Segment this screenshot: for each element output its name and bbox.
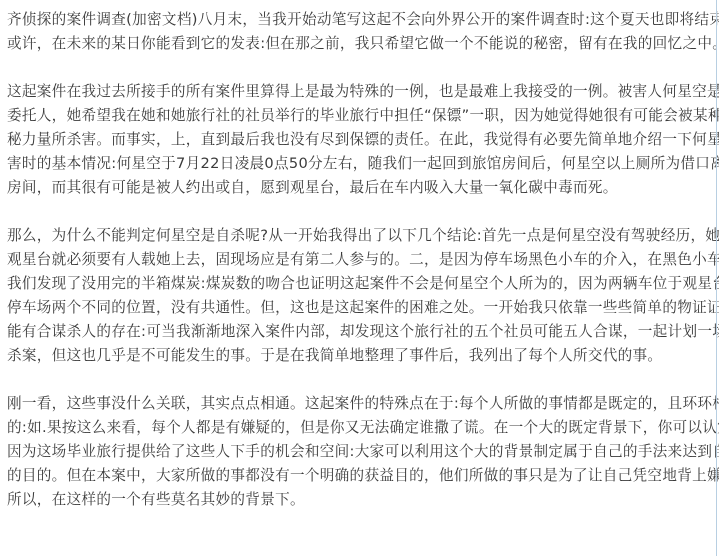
text-line: 房间，而其很有可能是被人约出或自，愿到观星台，最后在车内吸入大量一氧化碳中毒而死… bbox=[7, 176, 711, 200]
text-line: 杀案，但这也几乎是不可能发生的事。于是在我简单地整理了事件后，我列出了每个人所交… bbox=[7, 344, 711, 368]
paragraph-intro: 齐侦探的案件调查(加密文档)八月末，当我开始动笔写这起不会向外界公开的案件调查时… bbox=[7, 8, 711, 56]
text-line: 那么，为什么不能判定何星空是自杀呢?从一开始我得出了以下几个结论:首先一点是何星… bbox=[7, 224, 711, 248]
text-line: 停车场两个不同的位置，没有共通性。但，这也是这起案件的困难之处。一开始我只依靠一… bbox=[7, 296, 711, 320]
text-line: 所以，在这样的一个有些莫名其妙的背景下。 bbox=[7, 488, 711, 512]
text-line: 我们发现了没用完的半箱煤炭:煤炭数的吻合也证明这起案件不会是何星空个人所为的，因… bbox=[7, 272, 711, 296]
content-border bbox=[716, 0, 717, 556]
text-line: 委托人，她希望我在她和她旅行社的社员举行的毕业旅行中担任“保镖”一职，因为她觉得… bbox=[7, 104, 711, 128]
text-line: 因为这场毕业旅行提供给了这些人下手的机会和空间:大家可以利用这个大的背景制定属于… bbox=[7, 440, 711, 464]
text-line: 能有合谋杀人的存在:可当我渐渐地深入案件内部，却发现这个旅行社的五个社员可能五人… bbox=[7, 320, 711, 344]
text-line: 观星台就必须要有人载她上去，固现场应是有第二人参与的。二，是因为停车场黑色小车的… bbox=[7, 248, 711, 272]
text-line: 的:如.果按这么来看，每个人都是有嫌疑的，但是你又无法确定谁撒了谎。在一个大的既… bbox=[7, 416, 711, 440]
paragraph-analysis: 那么，为什么不能判定何星空是自杀呢?从一开始我得出了以下几个结论:首先一点是何星… bbox=[7, 224, 711, 368]
text-line: 齐侦探的案件调查(加密文档)八月末，当我开始动笔写这起不会向外界公开的案件调查时… bbox=[7, 8, 711, 32]
text-line: 秘力量所杀害。而事实，上，直到最后我也没有尽到保镖的责任。在此，我觉得有必要先简… bbox=[7, 128, 711, 152]
text-line: 或许，在未来的某日你能看到它的发表:但在那之前，我只希望它做一个不能说的秘密，留… bbox=[7, 32, 711, 56]
text-line: 这起案件在我过去所接手的所有案件里算得上是最为特殊的一例，也是最难上我接受的一例… bbox=[7, 80, 711, 104]
paragraph-case-background: 这起案件在我过去所接手的所有案件里算得上是最为特殊的一例，也是最难上我接受的一例… bbox=[7, 80, 711, 200]
paragraph-conclusion: 刚一看，这些事没什么关联，其实点点相通。这起案件的特殊点在于:每个人所做的事情都… bbox=[7, 392, 711, 512]
text-line: 刚一看，这些事没什么关联，其实点点相通。这起案件的特殊点在于:每个人所做的事情都… bbox=[7, 392, 711, 416]
article-body: 齐侦探的案件调查(加密文档)八月末，当我开始动笔写这起不会向外界公开的案件调查时… bbox=[7, 8, 711, 536]
text-line: 害时的基本情况:何星空于7月22日凌晨0点50分左右，随我们一起回到旅馆房间后，… bbox=[7, 152, 711, 176]
text-line: 的目的。但在本案中，大家所做的事都没有一个明确的获益目的，他们所做的事只是为了让… bbox=[7, 464, 711, 488]
